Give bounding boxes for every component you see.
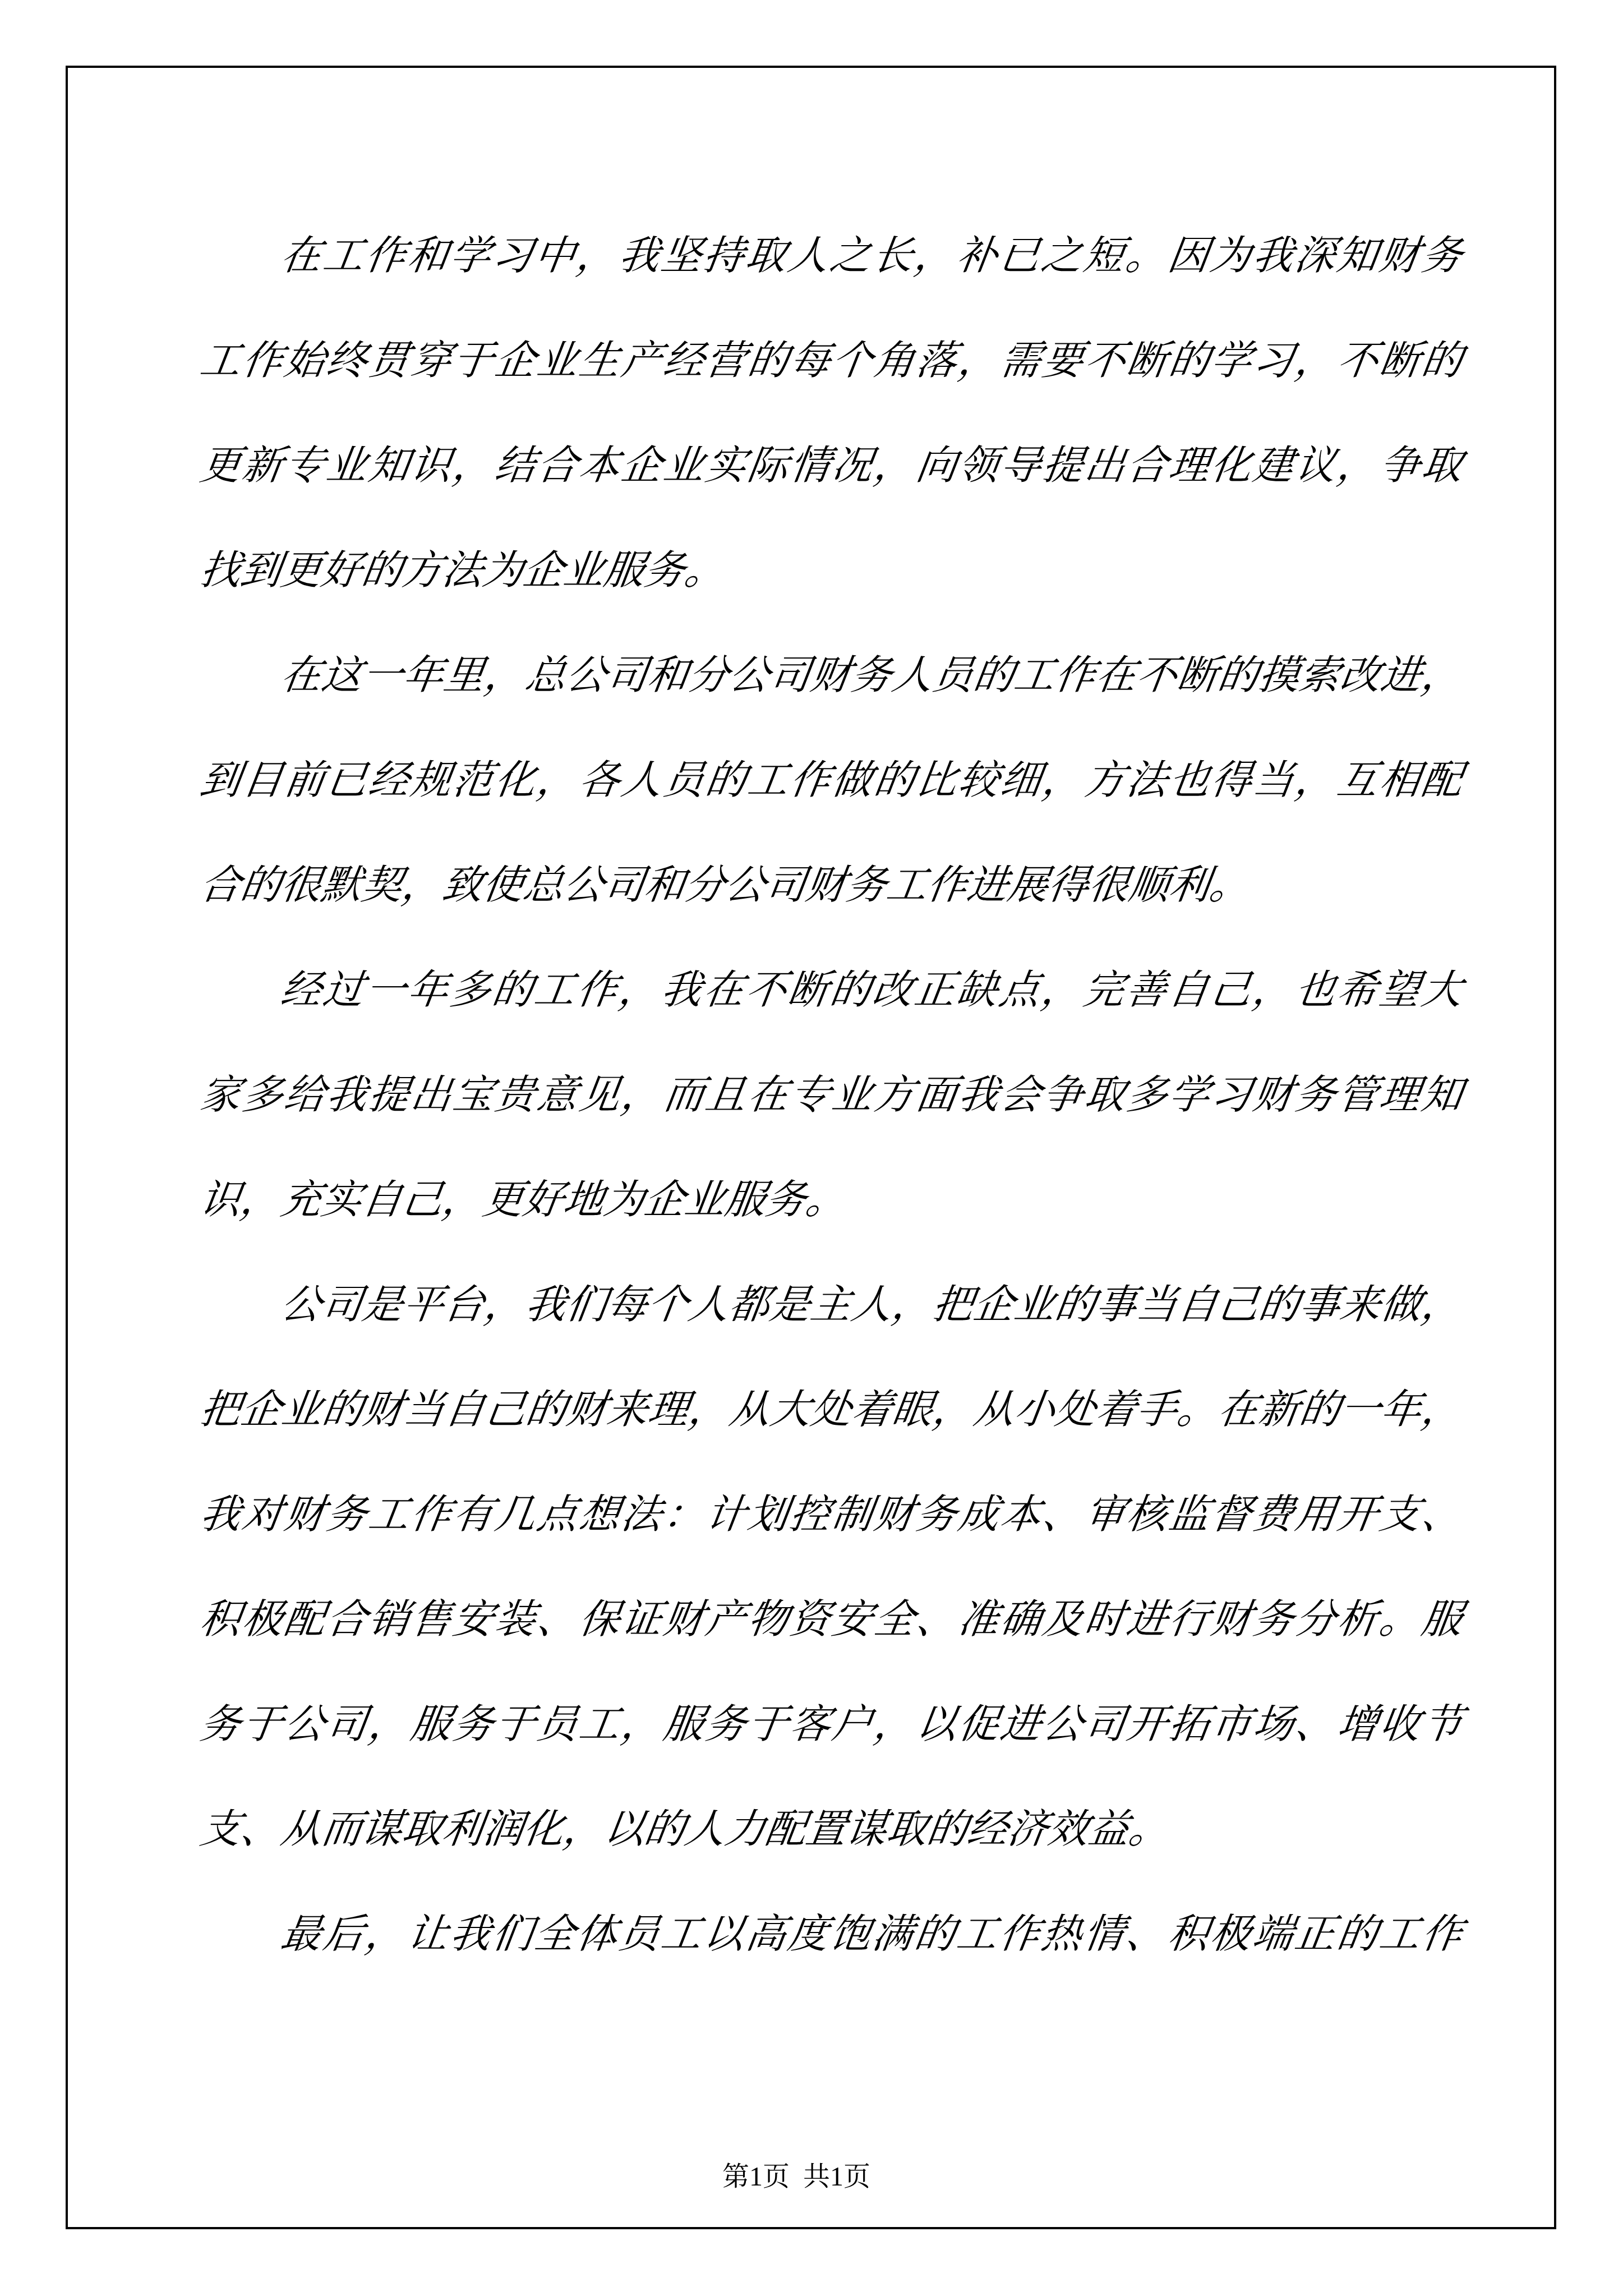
text-line: 积极配合销售安装、保证财产物资安全、准确及时进行财务分析。服 bbox=[188, 1599, 1465, 1704]
text-line: 最后，让我们全体员工以高度饱满的工作热情、积极端正的工作 bbox=[188, 1913, 1465, 2018]
document-body: 在工作和学习中，我坚持取人之长，补已之短。因为我深知财务工作始终贯穿于企业生产经… bbox=[200, 235, 1462, 2018]
text-line: 更新专业知识，结合本企业实际情况，向领导提出合理化建议，争取 bbox=[188, 445, 1465, 550]
text-line: 找到更好的方法为企业服务。 bbox=[188, 550, 1465, 655]
text-line: 家多给我提出宝贵意见，而且在专业方面我会争取多学习财务管理知 bbox=[188, 1074, 1465, 1179]
text-line: 在这一年里，总公司和分公司财务人员的工作在不断的摸索改进， bbox=[188, 655, 1465, 760]
text-line: 合的很默契，致使总公司和分公司财务工作进展得很顺利。 bbox=[188, 864, 1465, 969]
text-line: 支、从而谋取利润化，以的人力配置谋取的经济效益。 bbox=[188, 1809, 1465, 1913]
text-line: 经过一年多的工作，我在不断的改正缺点，完善自己，也希望大 bbox=[188, 969, 1465, 1074]
document-page: { "document": { "page_background": "#fff… bbox=[0, 0, 1623, 2296]
text-line: 识，充实自己，更好地为企业服务。 bbox=[188, 1179, 1465, 1284]
text-line: 务于公司，服务于员工，服务于客户，以促进公司开拓市场、增收节 bbox=[188, 1704, 1465, 1809]
text-line: 我对财务工作有几点想法：计划控制财务成本、审核监督费用开支、 bbox=[188, 1494, 1465, 1599]
text-line: 把企业的财当自己的财来理，从大处着眼，从小处着手。在新的一年， bbox=[188, 1389, 1465, 1494]
text-line: 在工作和学习中，我坚持取人之长，补已之短。因为我深知财务 bbox=[188, 235, 1465, 340]
text-line: 公司是平台，我们每个人都是主人，把企业的事当自己的事来做， bbox=[188, 1284, 1465, 1389]
page-number-text: 第1页 共1页 bbox=[722, 2162, 870, 2192]
text-line: 到目前已经规范化，各人员的工作做的比较细，方法也得当，互相配 bbox=[188, 760, 1465, 864]
text-line: 工作始终贯穿于企业生产经营的每个角落，需要不断的学习，不断的 bbox=[188, 340, 1465, 445]
page-footer: 第1页 共1页 bbox=[709, 2130, 870, 2193]
